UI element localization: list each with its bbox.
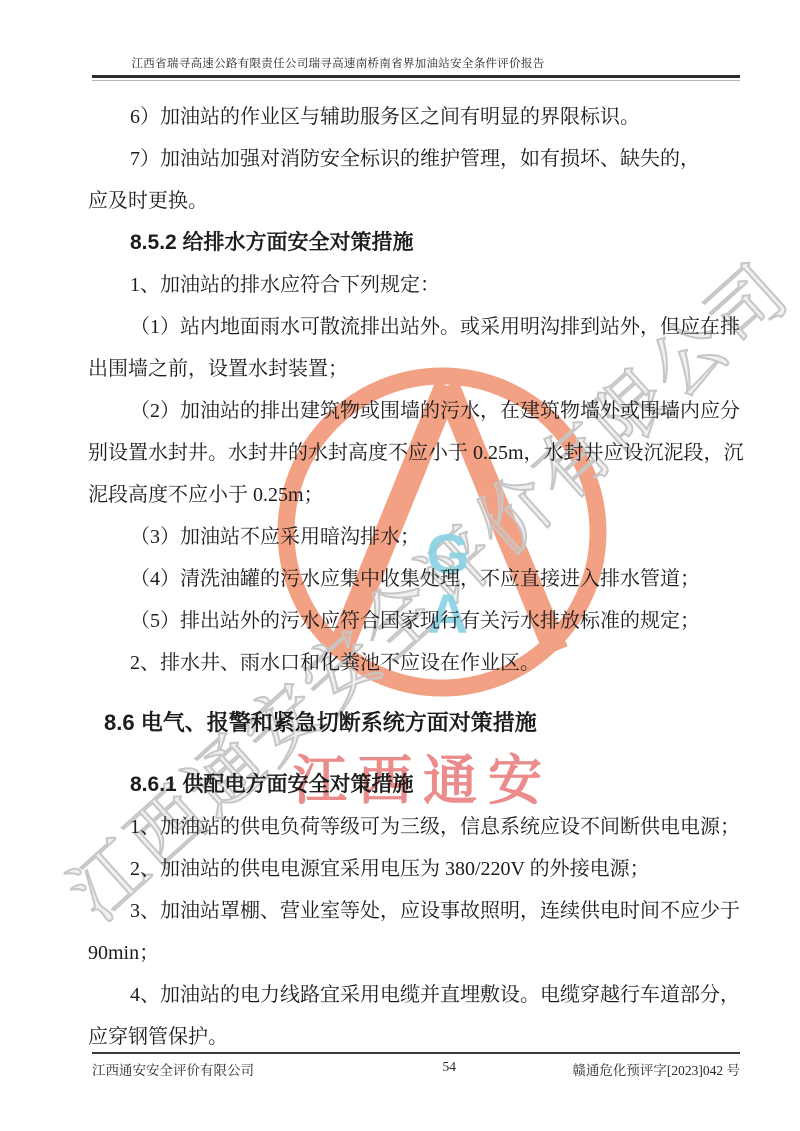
section-heading-852: 8.5.2 给排水方面安全对策措施 bbox=[88, 222, 738, 264]
document-body: 6）加油站的作业区与辅助服务区之间有明显的界限标识。 7）加油站加强对消防安全标… bbox=[88, 96, 738, 1058]
paragraph-line: 2、排水井、雨水口和化粪池不应设在作业区。 bbox=[88, 642, 738, 684]
paragraph-line: （5）排出站外的污水应符合国家现行有关污水排放标准的规定； bbox=[88, 600, 738, 642]
page-number: 54 bbox=[442, 1059, 456, 1075]
header-rule bbox=[92, 75, 740, 78]
report-title: 江西省瑞寻高速公路有限责任公司瑞寻高速南桥南省界加油站安全条件评价报告 bbox=[2, 55, 674, 71]
paragraph-line: （2）加油站的排出建筑物或围墙的污水，在建筑物墙外或围墙内应分 bbox=[88, 390, 738, 432]
header-rule-thin bbox=[92, 80, 740, 81]
paragraph-line: （1）站内地面雨水可散流排出站外。或采用明沟排到站外，但应在排 bbox=[88, 306, 738, 348]
paragraph-line: 出围墙之前，设置水封装置； bbox=[88, 348, 738, 390]
section-heading-86: 8.6 电气、报警和紧急切断系统方面对策措施 bbox=[88, 702, 738, 744]
paragraph-line: 3、加油站罩棚、营业室等处，应设事故照明，连续供电时间不应少于 bbox=[88, 890, 738, 932]
footer-doc-number: 赣通危化预评字[2023]042 号 bbox=[572, 1059, 740, 1079]
paragraph-line: （4）清洗油罐的污水应集中收集处理，不应直接进入排水管道； bbox=[88, 558, 738, 600]
paragraph-line: 6）加油站的作业区与辅助服务区之间有明显的界限标识。 bbox=[88, 96, 738, 138]
paragraph-line: 90min； bbox=[88, 932, 738, 974]
footer-company: 江西通安安全评价有限公司 bbox=[92, 1059, 254, 1079]
paragraph-line: 4、加油站的电力线路宜采用电缆并直埋敷设。电缆穿越行车道部分， bbox=[88, 974, 738, 1016]
section-heading-861: 8.6.1 供配电方面安全对策措施 bbox=[88, 764, 738, 806]
paragraph-line: 别设置水封井。水封井的水封高度不应小于 0.25m，水封井应设沉泥段，沉 bbox=[88, 432, 738, 474]
page-footer: 江西通安安全评价有限公司 54 赣通危化预评字[2023]042 号 bbox=[92, 1052, 740, 1079]
paragraph-line: 2、加油站的供电电源宜采用电压为 380/220V 的外接电源； bbox=[88, 848, 738, 890]
paragraph-line: 泥段高度不应小于 0.25m； bbox=[88, 474, 738, 516]
document-page: 江西通安安全评价有限公司 G A 江西通安 江西省瑞寻高速公路有限责任公司瑞寻高… bbox=[0, 0, 800, 1131]
paragraph-line: 7）加油站加强对消防安全标识的维护管理，如有损坏、缺失的， bbox=[88, 138, 738, 180]
paragraph-line: 1、加油站的供电负荷等级可为三级，信息系统应设不间断供电电源； bbox=[88, 806, 738, 848]
paragraph-line: 1、加油站的排水应符合下列规定： bbox=[88, 264, 738, 306]
paragraph-line: （3）加油站不应采用暗沟排水； bbox=[88, 516, 738, 558]
paragraph-line: 应及时更换。 bbox=[88, 180, 738, 222]
